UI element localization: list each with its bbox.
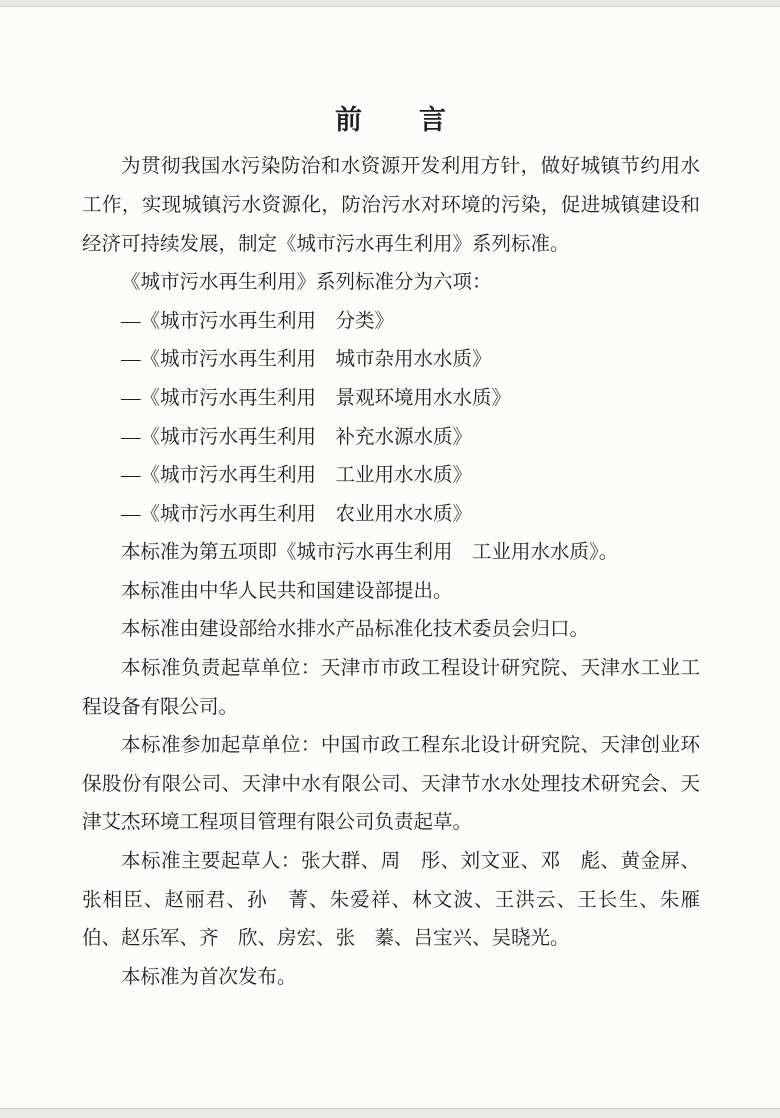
- foreword-paragraph-centralized-by: 本标准由建设部给水排水产品标准化技术委员会归口。: [82, 611, 700, 650]
- page-title: 前 言: [82, 106, 700, 134]
- foreword-paragraph-fifth-item: 本标准为第五项即《城市污水再生利用 工业用水水质》。: [82, 534, 700, 573]
- foreword-paragraph-participating-units: 本标准参加起草单位：中国市政工程东北设计研究院、天津创业环保股份有限公司、天津中…: [82, 727, 700, 843]
- series-item-urban-misc-water: —《城市污水再生利用 城市杂用水水质》: [82, 341, 700, 380]
- foreword-paragraph-drafters: 本标准主要起草人：张大群、周 彤、刘文亚、邓 彪、黄金屏、张相臣、赵丽君、孙 菁…: [82, 843, 700, 959]
- foreword-body: 为贯彻我国水污染防治和水资源开发利用方针，做好城镇节约用水工作，实现城镇污水资源…: [82, 148, 700, 997]
- foreword-paragraph-chief-drafting-units: 本标准负责起草单位：天津市市政工程设计研究院、天津水工业工程设备有限公司。: [82, 650, 700, 727]
- foreword-page-content: 前 言 为贯彻我国水污染防治和水资源开发利用方针，做好城镇节约用水工作，实现城镇…: [82, 0, 700, 997]
- foreword-paragraph-series: 《城市污水再生利用》系列标准分为六项：: [82, 264, 700, 303]
- series-item-agricultural-water: —《城市污水再生利用 农业用水水质》: [82, 496, 700, 535]
- foreword-paragraph-intro: 为贯彻我国水污染防治和水资源开发利用方针，做好城镇节约用水工作，实现城镇污水资源…: [82, 148, 700, 264]
- foreword-paragraph-first-release: 本标准为首次发布。: [82, 959, 700, 998]
- series-item-classification: —《城市污水再生利用 分类》: [82, 303, 700, 342]
- series-item-recharge-water: —《城市污水再生利用 补充水源水质》: [82, 419, 700, 458]
- document-page: { "page": { "title": "前 言", "paragraphs"…: [0, 0, 780, 1118]
- foreword-paragraph-proposed-by: 本标准由中华人民共和国建设部提出。: [82, 573, 700, 612]
- series-item-scenic-water: —《城市污水再生利用 景观环境用水水质》: [82, 380, 700, 419]
- series-item-industrial-water: —《城市污水再生利用 工业用水水质》: [82, 457, 700, 496]
- scan-edge-bottom: [0, 1108, 780, 1118]
